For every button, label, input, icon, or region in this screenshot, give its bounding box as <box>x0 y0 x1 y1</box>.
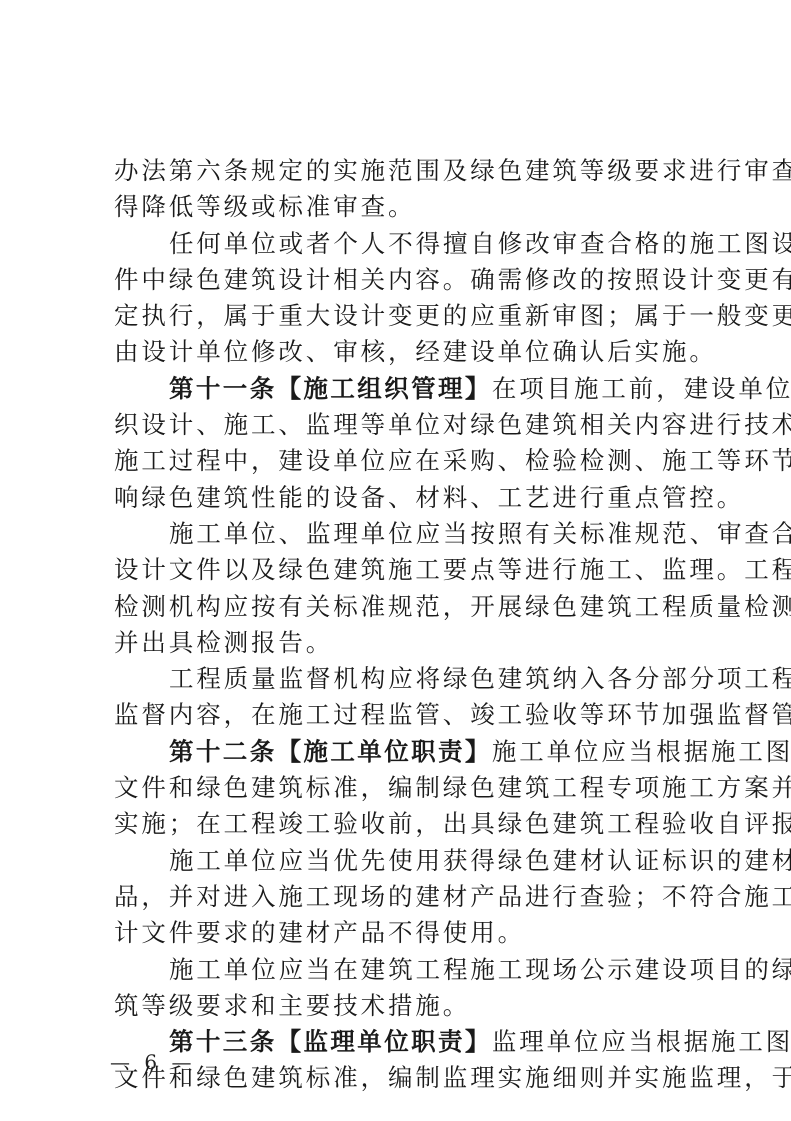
text-line: 办法第六条规定的实施范围及绿色建筑等级要求进行审查，不 <box>114 153 694 189</box>
paragraph-start: 施工单位应当优先使用获得绿色建材认证标识的建材产 <box>114 843 694 879</box>
article-13-start: 第十三条【监理单位职责】监理单位应当根据施工图设计 <box>114 1024 694 1060</box>
text-line: 并出具检测报告。 <box>114 625 694 661</box>
text-line: 筑等级要求和主要技术措施。 <box>114 988 694 1024</box>
text-line: 得降低等级或标准审查。 <box>114 189 694 225</box>
paragraph-start: 任何单位或者个人不得擅自修改审查合格的施工图设计文 <box>114 226 694 262</box>
paragraph-start: 施工单位应当在建筑工程施工现场公示建设项目的绿色建 <box>114 952 694 988</box>
text-line: 响绿色建筑性能的设备、材料、工艺进行重点管控。 <box>114 480 694 516</box>
text-line: 品，并对进入施工现场的建材产品进行查验；不符合施工图设 <box>114 879 694 915</box>
article-heading: 第十二条【施工单位职责】 <box>169 737 492 766</box>
text-line: 设计文件以及绿色建筑施工要点等进行施工、监理。工程质量 <box>114 552 694 588</box>
text-line: 由设计单位修改、审核，经建设单位确认后实施。 <box>114 334 694 370</box>
page-number: — 6 — <box>110 1050 195 1074</box>
text-line: 织设计、施工、监理等单位对绿色建筑相关内容进行技术交底。 <box>114 407 694 443</box>
text-line: 施工过程中，建设单位应在采购、检验检测、施工等环节对影 <box>114 443 694 479</box>
text-line: 文件和绿色建筑标准，编制绿色建筑工程专项施工方案并组织 <box>114 770 694 806</box>
paragraph-start: 施工单位、监理单位应当按照有关标准规范、审查合格的 <box>114 516 694 552</box>
document-body: 办法第六条规定的实施范围及绿色建筑等级要求进行审查，不 得降低等级或标准审查。 … <box>114 153 694 1097</box>
text-line: 件中绿色建筑设计相关内容。确需修改的按照设计变更有关规 <box>114 262 694 298</box>
text-line: 文件和绿色建筑标准，编制监理实施细则并实施监理，于工程 <box>114 1060 694 1096</box>
paragraph-start: 工程质量监督机构应将绿色建筑纳入各分部分项工程质量 <box>114 661 694 697</box>
article-12-start: 第十二条【施工单位职责】施工单位应当根据施工图设计 <box>114 734 694 770</box>
article-heading: 第十一条【施工组织管理】 <box>169 374 492 403</box>
text-line: 计文件要求的建材产品不得使用。 <box>114 915 694 951</box>
text-line: 检测机构应按有关标准规范，开展绿色建筑工程质量检测工作， <box>114 589 694 625</box>
article-heading: 第十三条【监理单位职责】 <box>169 1027 492 1056</box>
article-11-start: 第十一条【施工组织管理】在项目施工前，建设单位要组 <box>114 371 694 407</box>
text-line: 实施；在工程竣工验收前，出具绿色建筑工程验收自评报告。 <box>114 806 694 842</box>
text-line: 定执行，属于重大设计变更的应重新审图；属于一般变更的， <box>114 298 694 334</box>
text-line: 监督内容，在施工过程监管、竣工验收等环节加强监督管理。 <box>114 697 694 733</box>
